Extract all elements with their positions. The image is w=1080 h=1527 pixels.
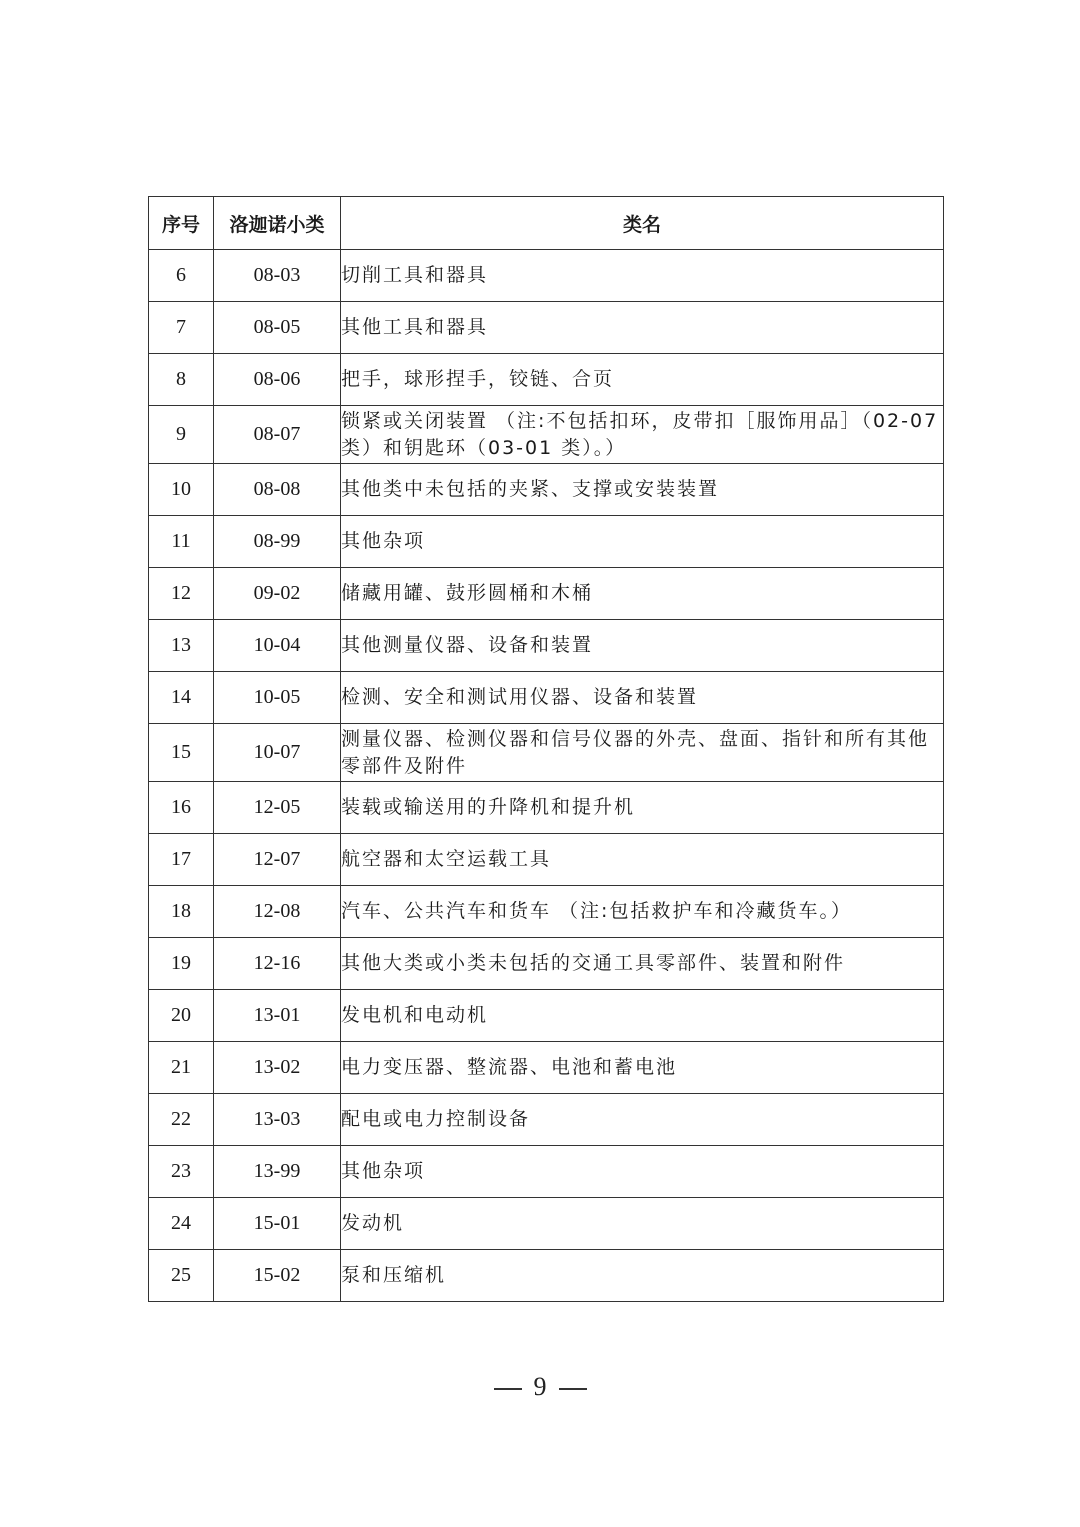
locarno-code: 08-03 bbox=[214, 250, 341, 302]
class-name: 储藏用罐、鼓形圆桶和木桶 bbox=[341, 568, 944, 620]
serial-number: 16 bbox=[149, 782, 214, 834]
table-row: 16 12-05 装载或输送用的升降机和提升机 bbox=[149, 782, 944, 834]
footer-dash-right bbox=[559, 1388, 587, 1390]
table-row: 13 10-04 其他测量仪器、设备和装置 bbox=[149, 620, 944, 672]
table-row: 21 13-02 电力变压器、整流器、电池和蓄电池 bbox=[149, 1042, 944, 1094]
table-row: 14 10-05 检测、安全和测试用仪器、设备和装置 bbox=[149, 672, 944, 724]
locarno-code: 08-08 bbox=[214, 464, 341, 516]
serial-number: 10 bbox=[149, 464, 214, 516]
locarno-code: 10-04 bbox=[214, 620, 341, 672]
locarno-code: 15-01 bbox=[214, 1198, 341, 1250]
class-name-text: 其他杂项 bbox=[341, 1158, 943, 1185]
table-row: 6 08-03 切削工具和器具 bbox=[149, 250, 944, 302]
serial-number: 11 bbox=[149, 516, 214, 568]
locarno-code: 12-07 bbox=[214, 834, 341, 886]
header-locarno-subclass: 洛迦诺小类 bbox=[214, 197, 341, 250]
locarno-code: 13-02 bbox=[214, 1042, 341, 1094]
class-name: 其他杂项 bbox=[341, 516, 944, 568]
class-name: 把手，球形捏手，铰链、合页 bbox=[341, 354, 944, 406]
class-name: 测量仪器、检测仪器和信号仪器的外壳、盘面、指针和所有其他零部件及附件 bbox=[341, 724, 944, 782]
locarno-code: 12-08 bbox=[214, 886, 341, 938]
class-name-text: 航空器和太空运载工具 bbox=[341, 846, 943, 873]
page-footer: 9 bbox=[0, 1372, 1080, 1402]
serial-number: 7 bbox=[149, 302, 214, 354]
class-name: 其他类中未包括的夹紧、支撑或安装装置 bbox=[341, 464, 944, 516]
table-row: 11 08-99 其他杂项 bbox=[149, 516, 944, 568]
locarno-code: 13-99 bbox=[214, 1146, 341, 1198]
table-row: 19 12-16 其他大类或小类未包括的交通工具零部件、装置和附件 bbox=[149, 938, 944, 990]
serial-number: 14 bbox=[149, 672, 214, 724]
serial-number: 25 bbox=[149, 1250, 214, 1302]
class-name-text: 泵和压缩机 bbox=[341, 1262, 943, 1289]
class-name-text: 储藏用罐、鼓形圆桶和木桶 bbox=[341, 580, 943, 607]
serial-number: 6 bbox=[149, 250, 214, 302]
serial-number: 13 bbox=[149, 620, 214, 672]
class-name: 泵和压缩机 bbox=[341, 1250, 944, 1302]
serial-number: 23 bbox=[149, 1146, 214, 1198]
header-class-name: 类名 bbox=[341, 197, 944, 250]
locarno-class-table: 序号 洛迦诺小类 类名 6 08-03 切削工具和器具 7 08-05 其他工具… bbox=[148, 196, 944, 1302]
class-name: 其他工具和器具 bbox=[341, 302, 944, 354]
class-name: 锁紧或关闭装置 （注:不包括扣环，皮带扣［服饰用品］（02-07类）和钥匙环（0… bbox=[341, 406, 944, 464]
locarno-code: 10-05 bbox=[214, 672, 341, 724]
class-name: 航空器和太空运载工具 bbox=[341, 834, 944, 886]
locarno-code: 08-06 bbox=[214, 354, 341, 406]
serial-number: 17 bbox=[149, 834, 214, 886]
serial-number: 15 bbox=[149, 724, 214, 782]
serial-number: 24 bbox=[149, 1198, 214, 1250]
class-name-text: 电力变压器、整流器、电池和蓄电池 bbox=[341, 1054, 943, 1081]
class-name-text: 发电机和电动机 bbox=[341, 1002, 943, 1029]
table-row: 23 13-99 其他杂项 bbox=[149, 1146, 944, 1198]
class-name: 其他杂项 bbox=[341, 1146, 944, 1198]
class-name-text: 检测、安全和测试用仪器、设备和装置 bbox=[341, 684, 943, 711]
class-name-text: 其他测量仪器、设备和装置 bbox=[341, 632, 943, 659]
serial-number: 8 bbox=[149, 354, 214, 406]
table-row: 12 09-02 储藏用罐、鼓形圆桶和木桶 bbox=[149, 568, 944, 620]
class-name-text: 发动机 bbox=[341, 1210, 943, 1237]
class-name-text: 其他杂项 bbox=[341, 528, 943, 555]
locarno-code: 08-07 bbox=[214, 406, 341, 464]
class-name: 发动机 bbox=[341, 1198, 944, 1250]
locarno-code: 10-07 bbox=[214, 724, 341, 782]
locarno-code: 13-01 bbox=[214, 990, 341, 1042]
table-row: 22 13-03 配电或电力控制设备 bbox=[149, 1094, 944, 1146]
serial-number: 22 bbox=[149, 1094, 214, 1146]
class-name: 配电或电力控制设备 bbox=[341, 1094, 944, 1146]
table-row: 20 13-01 发电机和电动机 bbox=[149, 990, 944, 1042]
class-name: 切削工具和器具 bbox=[341, 250, 944, 302]
locarno-code: 13-03 bbox=[214, 1094, 341, 1146]
table-row: 25 15-02 泵和压缩机 bbox=[149, 1250, 944, 1302]
class-name: 发电机和电动机 bbox=[341, 990, 944, 1042]
serial-number: 18 bbox=[149, 886, 214, 938]
class-name: 电力变压器、整流器、电池和蓄电池 bbox=[341, 1042, 944, 1094]
serial-number: 19 bbox=[149, 938, 214, 990]
class-name-text: 装载或输送用的升降机和提升机 bbox=[341, 794, 943, 821]
table-header-row: 序号 洛迦诺小类 类名 bbox=[149, 197, 944, 250]
class-name-text: 汽车、公共汽车和货车 （注:包括救护车和冷藏货车。） bbox=[341, 898, 943, 925]
class-name: 其他大类或小类未包括的交通工具零部件、装置和附件 bbox=[341, 938, 944, 990]
locarno-code: 09-02 bbox=[214, 568, 341, 620]
class-name-text: 切削工具和器具 bbox=[341, 262, 943, 289]
class-name-text: 测量仪器、检测仪器和信号仪器的外壳、盘面、指针和所有其他零部件及附件 bbox=[341, 726, 943, 780]
locarno-code: 08-05 bbox=[214, 302, 341, 354]
table-row: 8 08-06 把手，球形捏手，铰链、合页 bbox=[149, 354, 944, 406]
header-serial-number: 序号 bbox=[149, 197, 214, 250]
serial-number: 20 bbox=[149, 990, 214, 1042]
table-row: 18 12-08 汽车、公共汽车和货车 （注:包括救护车和冷藏货车。） bbox=[149, 886, 944, 938]
class-name: 装载或输送用的升降机和提升机 bbox=[341, 782, 944, 834]
serial-number: 9 bbox=[149, 406, 214, 464]
serial-number: 21 bbox=[149, 1042, 214, 1094]
class-name: 汽车、公共汽车和货车 （注:包括救护车和冷藏货车。） bbox=[341, 886, 944, 938]
class-name-text: 把手，球形捏手，铰链、合页 bbox=[341, 366, 943, 393]
table-row: 10 08-08 其他类中未包括的夹紧、支撑或安装装置 bbox=[149, 464, 944, 516]
class-name-text: 锁紧或关闭装置 （注:不包括扣环，皮带扣［服饰用品］（02-07类）和钥匙环（0… bbox=[341, 408, 943, 462]
class-name: 其他测量仪器、设备和装置 bbox=[341, 620, 944, 672]
locarno-code: 15-02 bbox=[214, 1250, 341, 1302]
page-number: 9 bbox=[534, 1372, 547, 1401]
class-name: 检测、安全和测试用仪器、设备和装置 bbox=[341, 672, 944, 724]
class-name-text: 其他类中未包括的夹紧、支撑或安装装置 bbox=[341, 476, 943, 503]
table-row: 24 15-01 发动机 bbox=[149, 1198, 944, 1250]
table-row: 17 12-07 航空器和太空运载工具 bbox=[149, 834, 944, 886]
table-row: 7 08-05 其他工具和器具 bbox=[149, 302, 944, 354]
locarno-code: 12-05 bbox=[214, 782, 341, 834]
serial-number: 12 bbox=[149, 568, 214, 620]
class-name-text: 配电或电力控制设备 bbox=[341, 1106, 943, 1133]
footer-dash-left bbox=[494, 1388, 522, 1390]
table-row: 15 10-07 测量仪器、检测仪器和信号仪器的外壳、盘面、指针和所有其他零部件… bbox=[149, 724, 944, 782]
locarno-code: 12-16 bbox=[214, 938, 341, 990]
class-name-text: 其他大类或小类未包括的交通工具零部件、装置和附件 bbox=[341, 950, 943, 977]
table-row: 9 08-07 锁紧或关闭装置 （注:不包括扣环，皮带扣［服饰用品］（02-07… bbox=[149, 406, 944, 464]
locarno-code: 08-99 bbox=[214, 516, 341, 568]
document-page: 序号 洛迦诺小类 类名 6 08-03 切削工具和器具 7 08-05 其他工具… bbox=[0, 0, 1080, 1527]
class-name-text: 其他工具和器具 bbox=[341, 314, 943, 341]
